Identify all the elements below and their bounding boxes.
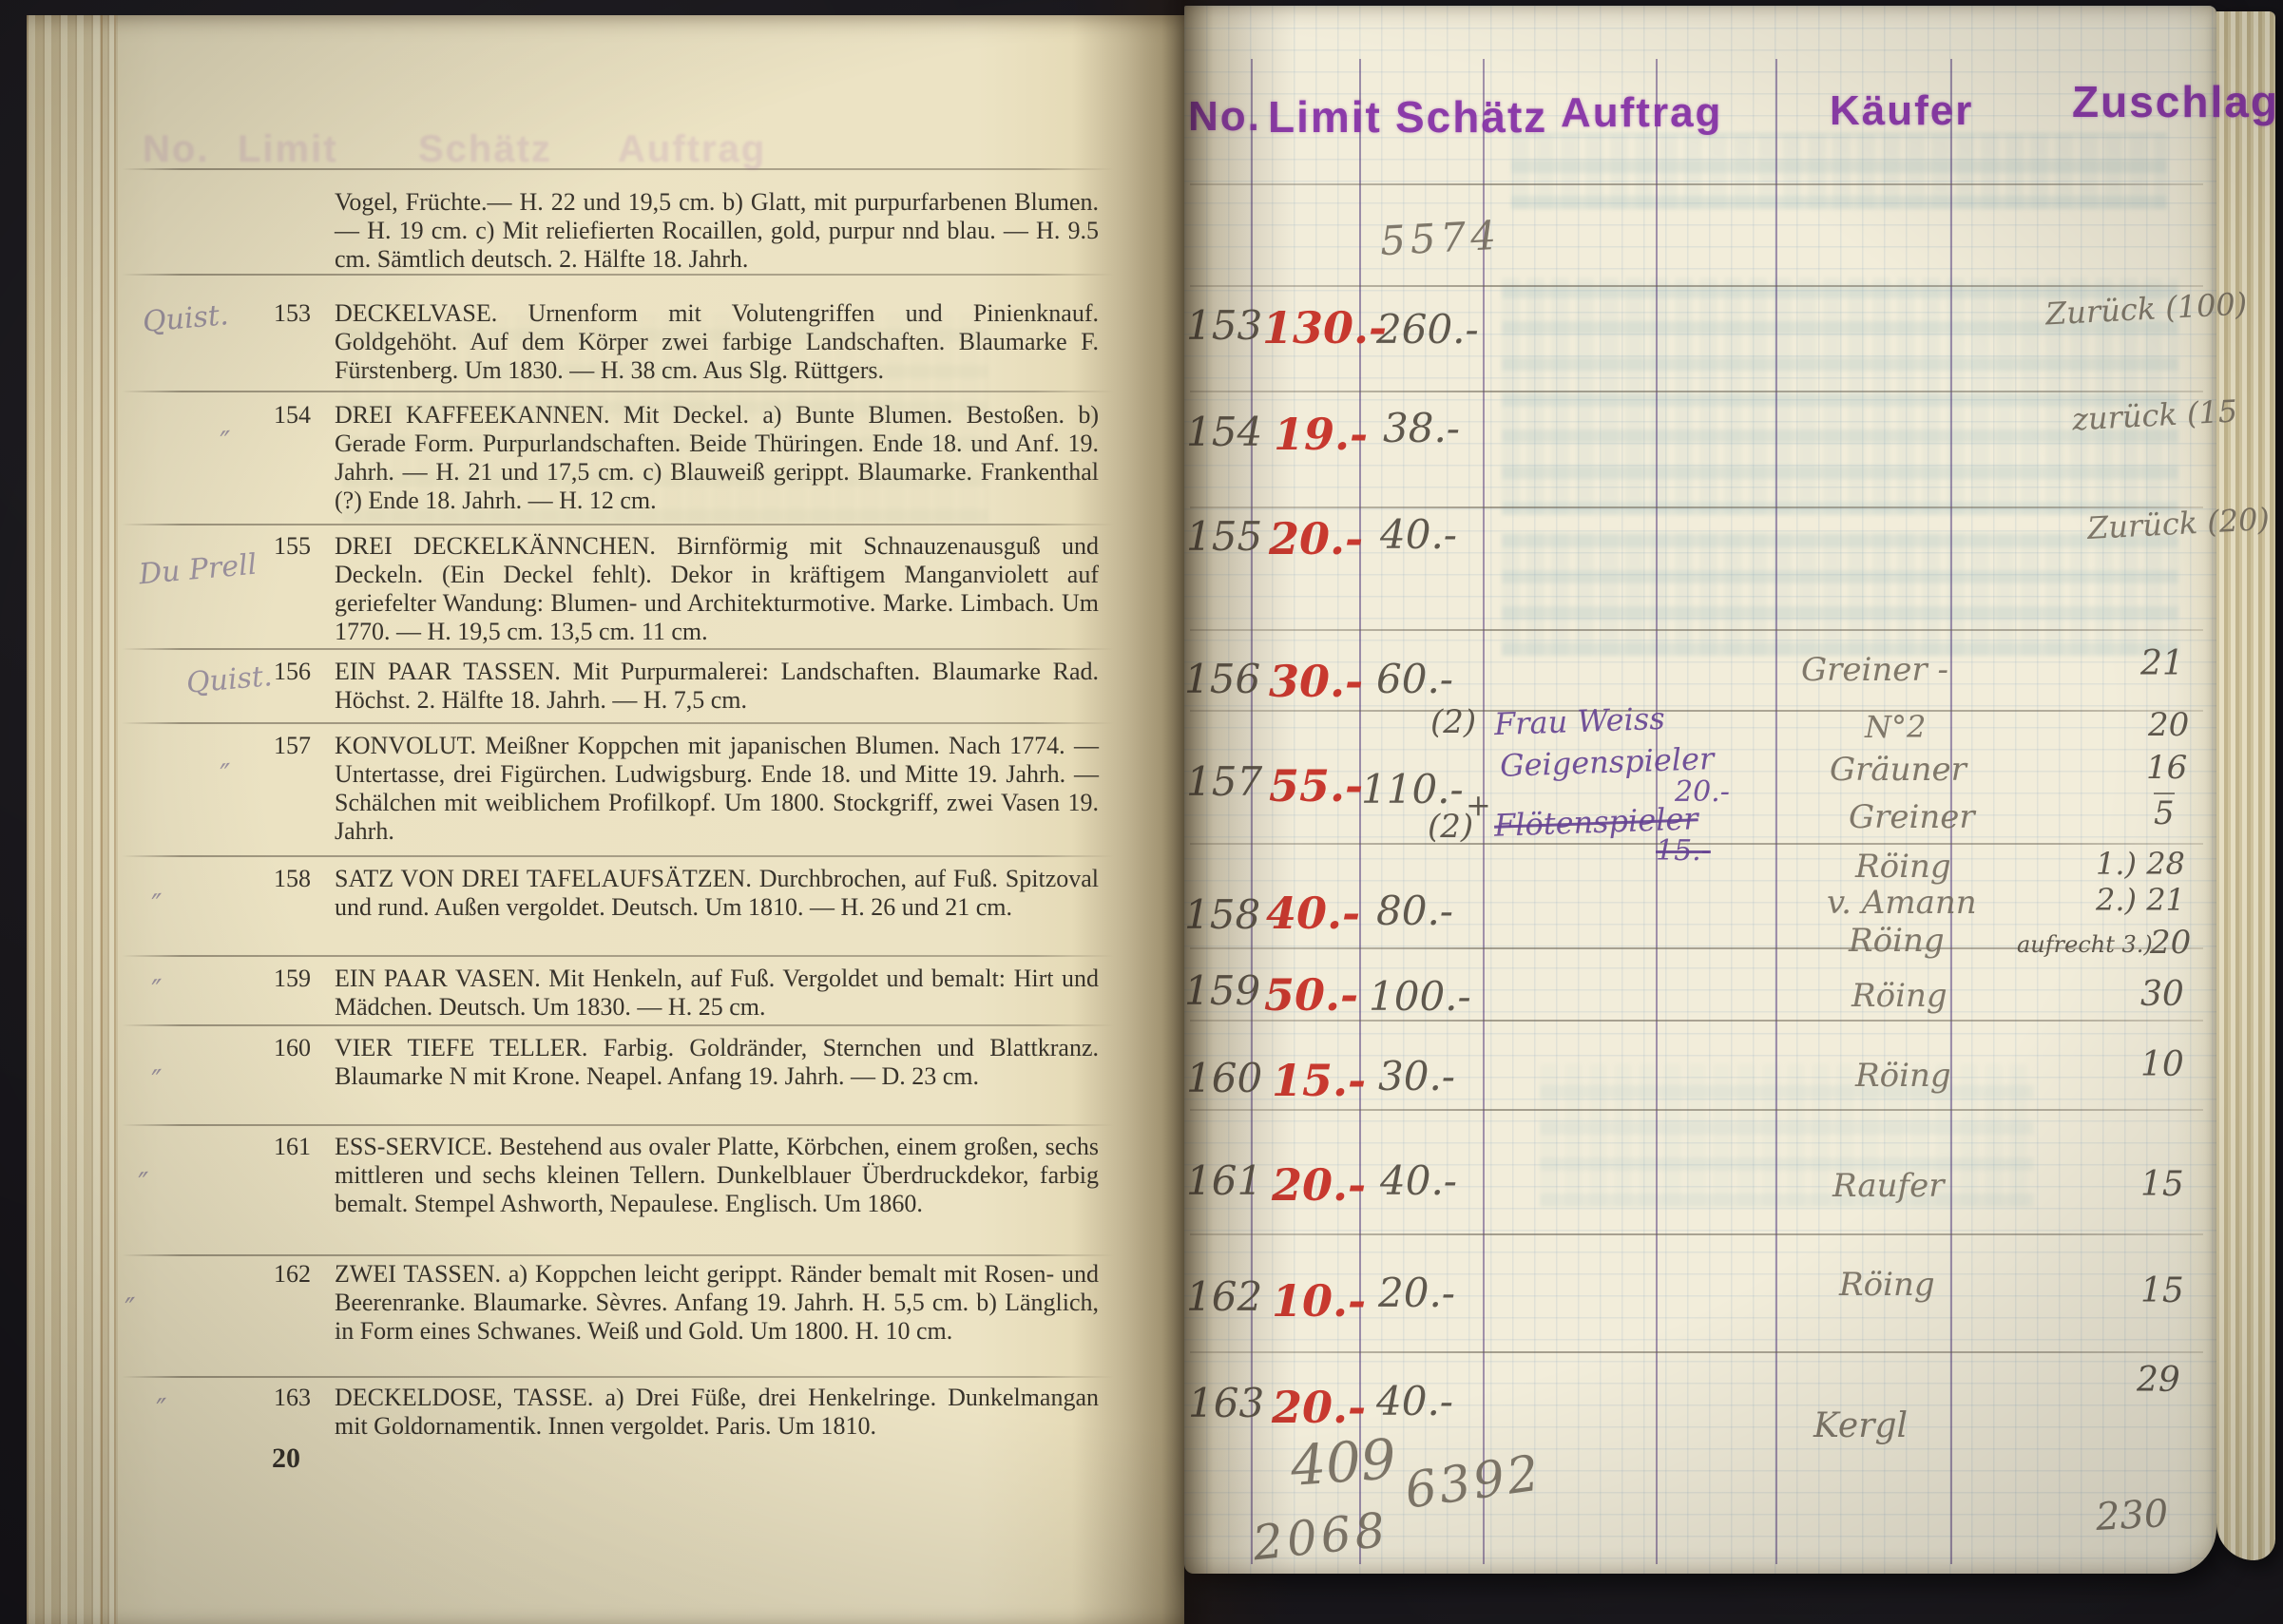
- ledger-limit-155: 20.-: [1269, 513, 1363, 564]
- lot-number: 161: [274, 1133, 311, 1161]
- column-header-no: No.: [1188, 93, 1261, 141]
- ledger-schaetz-161: 40.-: [1380, 1157, 1457, 1204]
- lot-number: 157: [274, 732, 311, 760]
- carryover-description: Vogel, Früchte.— H. 22 und 19,5 cm. b) G…: [335, 188, 1099, 274]
- lot-number: 153: [274, 299, 311, 328]
- left-page-fold-line: [101, 15, 103, 1624]
- ledger-limit-158: 40.-: [1266, 888, 1360, 939]
- ledger-zuschlag-157-line1: 20: [2148, 706, 2189, 744]
- page-stack-right-edge: [2216, 11, 2275, 1560]
- ledger-zuschlag-156: 21: [2140, 644, 2184, 683]
- ledger-no-154: 154: [1186, 409, 1262, 455]
- ledger-kaeufer-157-line2: Gräuner: [1830, 751, 1966, 789]
- row-separator-line: [1190, 183, 2203, 185]
- ledger-limit-156: 30.-: [1269, 656, 1363, 707]
- catalog-carryover-block: Vogel, Früchte.— H. 22 und 19,5 cm. b) G…: [274, 188, 1099, 274]
- lot-separator-line: [122, 391, 1114, 392]
- row-separator-line: [1190, 710, 2203, 712]
- ledger-limit-162: 10.-: [1272, 1275, 1366, 1327]
- ghost-column-header-auftrag: Auftrag: [618, 128, 766, 171]
- ledger-no-158: 158: [1184, 891, 1260, 938]
- ledger-zuschlag-158-line3: 20: [2150, 924, 2191, 962]
- lot-separator-line: [122, 1254, 1114, 1256]
- ledger-no-160: 160: [1186, 1055, 1262, 1101]
- ledger-schaetz-156: 60.-: [1376, 656, 1453, 702]
- ghost-column-header-limit: Limit: [238, 128, 338, 171]
- ledger-kaeufer-156: Greiner -: [1801, 651, 1948, 689]
- lot-separator-line: [122, 722, 1114, 724]
- column-header-zuschlag: Zuschlag: [2072, 76, 2279, 127]
- lot-number: 163: [274, 1384, 311, 1412]
- ledger-limit-157: 55.-: [1269, 760, 1363, 812]
- ledger-zuschlag-159: 30: [2140, 975, 2184, 1014]
- lot-number: 162: [274, 1260, 311, 1289]
- lot-separator-line: [122, 955, 1114, 957]
- ledger-zuschlag-161: 15: [2140, 1165, 2184, 1204]
- ledger-limit-159: 50.-: [1264, 969, 1358, 1021]
- catalog-lot-161: 161 ESS-SERVICE. Bestehend aus ovaler Pl…: [274, 1133, 1099, 1218]
- column-header-limit: Limit: [1268, 91, 1382, 143]
- lot-number: 160: [274, 1034, 311, 1062]
- lot-number: 154: [274, 401, 311, 430]
- lot-separator-line: [122, 1124, 1114, 1126]
- ledger-no-159: 159: [1184, 967, 1260, 1014]
- ledger-schaetz-154: 38.-: [1383, 405, 1460, 451]
- catalog-lot-162: 162 ZWEI TASSEN. a) Koppchen leicht geri…: [274, 1260, 1099, 1346]
- row-separator-line: [1190, 285, 2203, 287]
- ledger-kaeufer-157-line1: N°2: [1865, 709, 1926, 745]
- ledger-kaeufer-158-line1: Röing: [1855, 848, 1951, 886]
- ledger-limit-160: 15.-: [1272, 1055, 1366, 1106]
- ledger-kaeufer-161: Raufer: [1832, 1167, 1945, 1205]
- lot-number: 156: [274, 658, 311, 686]
- book-photograph: No. Limit Schätz Auftrag Vogel, Früchte.…: [0, 0, 2283, 1624]
- catalog-lot-155: 155 DREI DECKELKÄNNCHEN. Birnförmig mit …: [274, 532, 1099, 646]
- lot-separator-line: [122, 1024, 1114, 1026]
- ledger-zuschlag-162: 15: [2140, 1271, 2184, 1310]
- lot-number: 159: [274, 965, 311, 993]
- row-separator-line: [1190, 629, 2203, 631]
- lot-description: VIER TIEFE TELLER. Farbig. Goldränder, S…: [335, 1034, 1099, 1091]
- ledger-zuschlag-157-line2: 16: [2146, 749, 2187, 787]
- zuschlag-column-total: 230: [2095, 1492, 2170, 1539]
- ledger-no-155: 155: [1186, 513, 1262, 560]
- lot-number: 158: [274, 865, 311, 893]
- ledger-limit-163: 20.-: [1272, 1382, 1366, 1433]
- ledger-kaeufer-163: Kergl: [1813, 1406, 1908, 1445]
- auftrag-item-b-value-157: 15.-: [1656, 834, 1711, 868]
- ledger-kaeufer-157-line3: Greiner: [1849, 798, 1975, 836]
- lot-description: EIN PAAR VASEN. Mit Henkeln, auf Fuß. Ve…: [335, 965, 1099, 1022]
- ghost-column-header-schaetz: Schätz: [418, 128, 552, 171]
- ledger-no-163: 163: [1188, 1380, 1264, 1426]
- catalog-lot-157: 157 KONVOLUT. Meißner Koppchen mit japan…: [274, 732, 1099, 846]
- lot-description: KONVOLUT. Meißner Koppchen mit japanisch…: [335, 732, 1099, 846]
- row-separator-line: [1190, 1233, 2203, 1235]
- lot-description: DECKELVASE. Urnenform mit Volutengriffen…: [335, 299, 1099, 385]
- page-number: 20: [272, 1442, 300, 1475]
- ledger-zuschlag-158-line1: 1.) 28: [2096, 846, 2185, 882]
- lot-description: ESS-SERVICE. Bestehend aus ovaler Platte…: [335, 1133, 1099, 1218]
- row-separator-line: [1190, 506, 2203, 508]
- auftrag-bidder-157: Frau Weiss: [1493, 700, 1665, 742]
- lot-separator-line: [122, 274, 1114, 276]
- ledger-zuschlag-160: 10: [2140, 1045, 2184, 1084]
- ledger-kaeufer-162: Röing: [1839, 1266, 1935, 1304]
- ledger-schaetz-157: 110.-: [1361, 766, 1464, 812]
- limit-column-subtotal: 409: [1289, 1426, 1398, 1499]
- ledger-kaeufer-158-line2: v. Amann: [1827, 884, 1977, 922]
- catalog-lot-163: 163 DECKELDOSE, TASSE. a) Drei Füße, dre…: [274, 1384, 1099, 1441]
- lot-description: SATZ VON DREI TAFELAUFSÄTZEN. Durchbroch…: [335, 865, 1099, 922]
- ledger-schaetz-162: 20.-: [1378, 1270, 1455, 1316]
- lot-description: ZWEI TASSEN. a) Koppchen leicht gerippt.…: [335, 1260, 1099, 1346]
- ledger-zuschlag-158-note: aufrecht 3.): [2017, 931, 2153, 958]
- ledger-schaetz-159: 100.-: [1369, 973, 1471, 1020]
- lot-separator-line: [122, 855, 1114, 857]
- ledger-zuschlag-158-line2: 2.) 21: [2096, 882, 2185, 918]
- column-header-kaeufer: Käufer: [1830, 87, 1973, 135]
- lot-separator-line: [122, 524, 1114, 525]
- ledger-schaetz-count-top-157: (2): [1430, 703, 1476, 741]
- ledger-no-153: 153: [1186, 302, 1262, 349]
- ledger-kaeufer-160: Röing: [1855, 1057, 1951, 1095]
- ledger-schaetz-158: 80.-: [1376, 888, 1453, 934]
- ledger-schaetz-155: 40.-: [1380, 511, 1457, 558]
- row-separator-line: [1190, 1109, 2203, 1111]
- ledger-no-157: 157: [1186, 758, 1262, 805]
- lot-number: 155: [274, 532, 311, 561]
- left-page-fold-line: [114, 15, 116, 1624]
- catalog-lot-158: 158 SATZ VON DREI TAFELAUFSÄTZEN. Durchb…: [274, 865, 1099, 922]
- ledger-limit-161: 20.-: [1272, 1159, 1366, 1211]
- catalog-lot-159: 159 EIN PAAR VASEN. Mit Henkeln, auf Fuß…: [274, 965, 1099, 1022]
- pencil-note-5574: 5574: [1379, 212, 1502, 265]
- ledger-no-162: 162: [1186, 1273, 1262, 1320]
- ledger-schaetz-160: 30.-: [1378, 1053, 1455, 1099]
- ledger-zuschlag-163: 29: [2137, 1361, 2180, 1400]
- row-separator-line: [1190, 1351, 2203, 1353]
- lot-separator-line: [122, 648, 1114, 650]
- column-header-auftrag: Auftrag: [1561, 89, 1722, 137]
- catalog-lot-156: 156 EIN PAAR TASSEN. Mit Purpurmalerei: …: [274, 658, 1099, 715]
- ledger-zuschlag-157-line3: 5: [2154, 793, 2175, 832]
- page-stack-left-edge: [27, 15, 118, 1624]
- ghost-column-header-no: No.: [143, 128, 209, 171]
- column-header-schaetz: Schätz: [1395, 91, 1547, 143]
- lot-description: DECKELDOSE, TASSE. a) Drei Füße, drei He…: [335, 1384, 1099, 1441]
- lot-description: DREI KAFFEEKANNEN. Mit Deckel. a) Bunte …: [335, 401, 1099, 515]
- catalog-lot-160: 160 VIER TIEFE TELLER. Farbig. Goldrände…: [274, 1034, 1099, 1091]
- catalog-lot-154: 154 DREI KAFFEEKANNEN. Mit Deckel. a) Bu…: [274, 401, 1099, 515]
- lot-separator-line: [122, 1376, 1114, 1378]
- ledger-limit-153: 130.-: [1262, 302, 1387, 353]
- ledger-no-156: 156: [1184, 656, 1260, 702]
- ledger-kaeufer-159: Röing: [1851, 977, 1947, 1015]
- ledger-schaetz-163: 40.-: [1376, 1378, 1453, 1424]
- ledger-limit-154: 19.-: [1274, 409, 1368, 460]
- ledger-no-161: 161: [1186, 1157, 1262, 1204]
- lot-description: DREI DECKELKÄNNCHEN. Birnförmig mit Schn…: [335, 532, 1099, 646]
- row-separator-line: [1190, 391, 2203, 392]
- ledger-schaetz-153: 260.-: [1376, 306, 1479, 353]
- ledger-schaetz-count-bottom-157: (2): [1428, 808, 1473, 846]
- catalog-lot-153: 153 DECKELVASE. Urnenform mit Volutengri…: [274, 299, 1099, 385]
- lot-description: EIN PAAR TASSEN. Mit Purpurmalerei: Land…: [335, 658, 1099, 715]
- ledger-kaeufer-158-line3: Röing: [1849, 922, 1945, 960]
